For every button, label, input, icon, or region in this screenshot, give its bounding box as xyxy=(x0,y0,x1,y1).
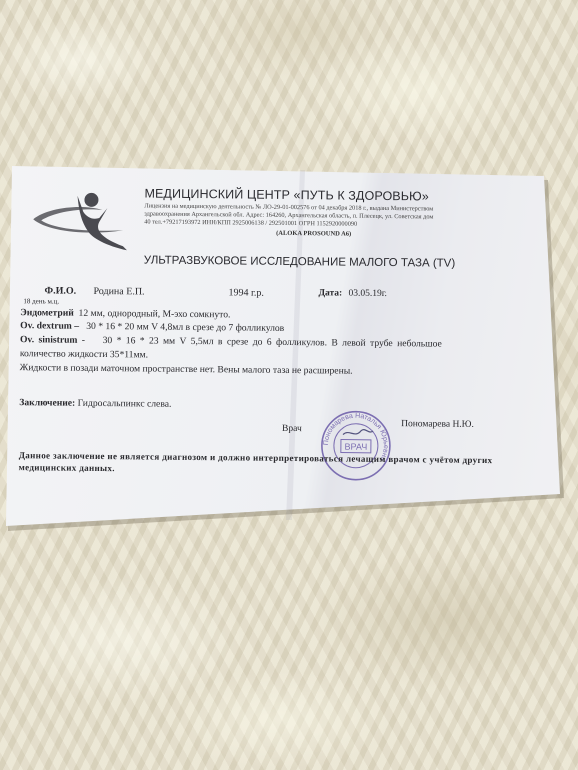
fio-label: Ф.И.О. xyxy=(44,285,76,296)
finding-endometrium: Эндометрий 12 мм, однородный, М-эхо сомк… xyxy=(20,307,230,320)
patient-name: Родина Е.П. xyxy=(93,286,144,298)
conclusion-label: Заключение: xyxy=(19,397,75,409)
birth-year: 1994 г.р. xyxy=(228,287,264,298)
finding-veins: Жидкости в позади маточном пространстве … xyxy=(20,362,353,376)
finding-label: Эндометрий xyxy=(20,307,74,319)
doctor-label: Врач xyxy=(282,424,302,434)
finding-fluid: количество жидкости 35*11мм. xyxy=(20,348,148,360)
exam-date: 03.05.19г. xyxy=(348,289,387,299)
doctor-name: Пономарева Н.Ю. xyxy=(401,419,474,430)
finding-text: Жидкости в позади маточном пространстве … xyxy=(20,362,353,376)
cycle-day: 18 день м.ц. xyxy=(23,297,59,305)
conclusion-text: Гидросальпинкс слева. xyxy=(78,398,172,410)
finding-ovary-left: Ov. sinistrum - 30 * 16 * 23 мм V 5,5мл … xyxy=(20,334,442,349)
stamp-center-text: ВРАЧ xyxy=(344,442,367,452)
finding-text: количество жидкости 35*11мм. xyxy=(20,348,148,360)
person-swoosh-logo-icon xyxy=(27,187,138,253)
license-info: Лицензия на медицинскую деятельность № Л… xyxy=(144,202,433,229)
finding-label: Ov. dextrum – xyxy=(20,320,79,332)
device-name: (ALOKA PROSOUND A6) xyxy=(276,230,351,238)
finding-ovary-right: Ov. dextrum – 30 * 16 * 20 мм V 4,8мл в … xyxy=(20,320,284,334)
finding-text: 30 * 16 * 23 мм V 5,5мл в срезе до 6 фол… xyxy=(103,335,442,350)
organization-name: МЕДИЦИНСКИЙ ЦЕНТР «ПУТЬ К ЗДОРОВЬЮ» xyxy=(144,186,428,203)
finding-label: Ov. sinistrum - xyxy=(20,334,85,346)
finding-text: 30 * 16 * 20 мм V 4,8мл в срезе до 7 фол… xyxy=(86,321,284,334)
report-content: МЕДИЦИНСКИЙ ЦЕНТР «ПУТЬ К ЗДОРОВЬЮ» Лице… xyxy=(0,0,578,770)
finding-text: 12 мм, однородный, М-эхо сомкнуто. xyxy=(79,308,231,321)
conclusion: Заключение: Гидросальпинкс слева. xyxy=(19,397,171,410)
date-label: Дата: xyxy=(318,288,342,298)
exam-title: УЛЬТРАЗВУКОВОЕ ИССЛЕДОВАНИЕ МАЛОГО ТАЗА … xyxy=(144,254,456,269)
disclaimer: Данное заключение не является диагнозом … xyxy=(19,449,539,478)
